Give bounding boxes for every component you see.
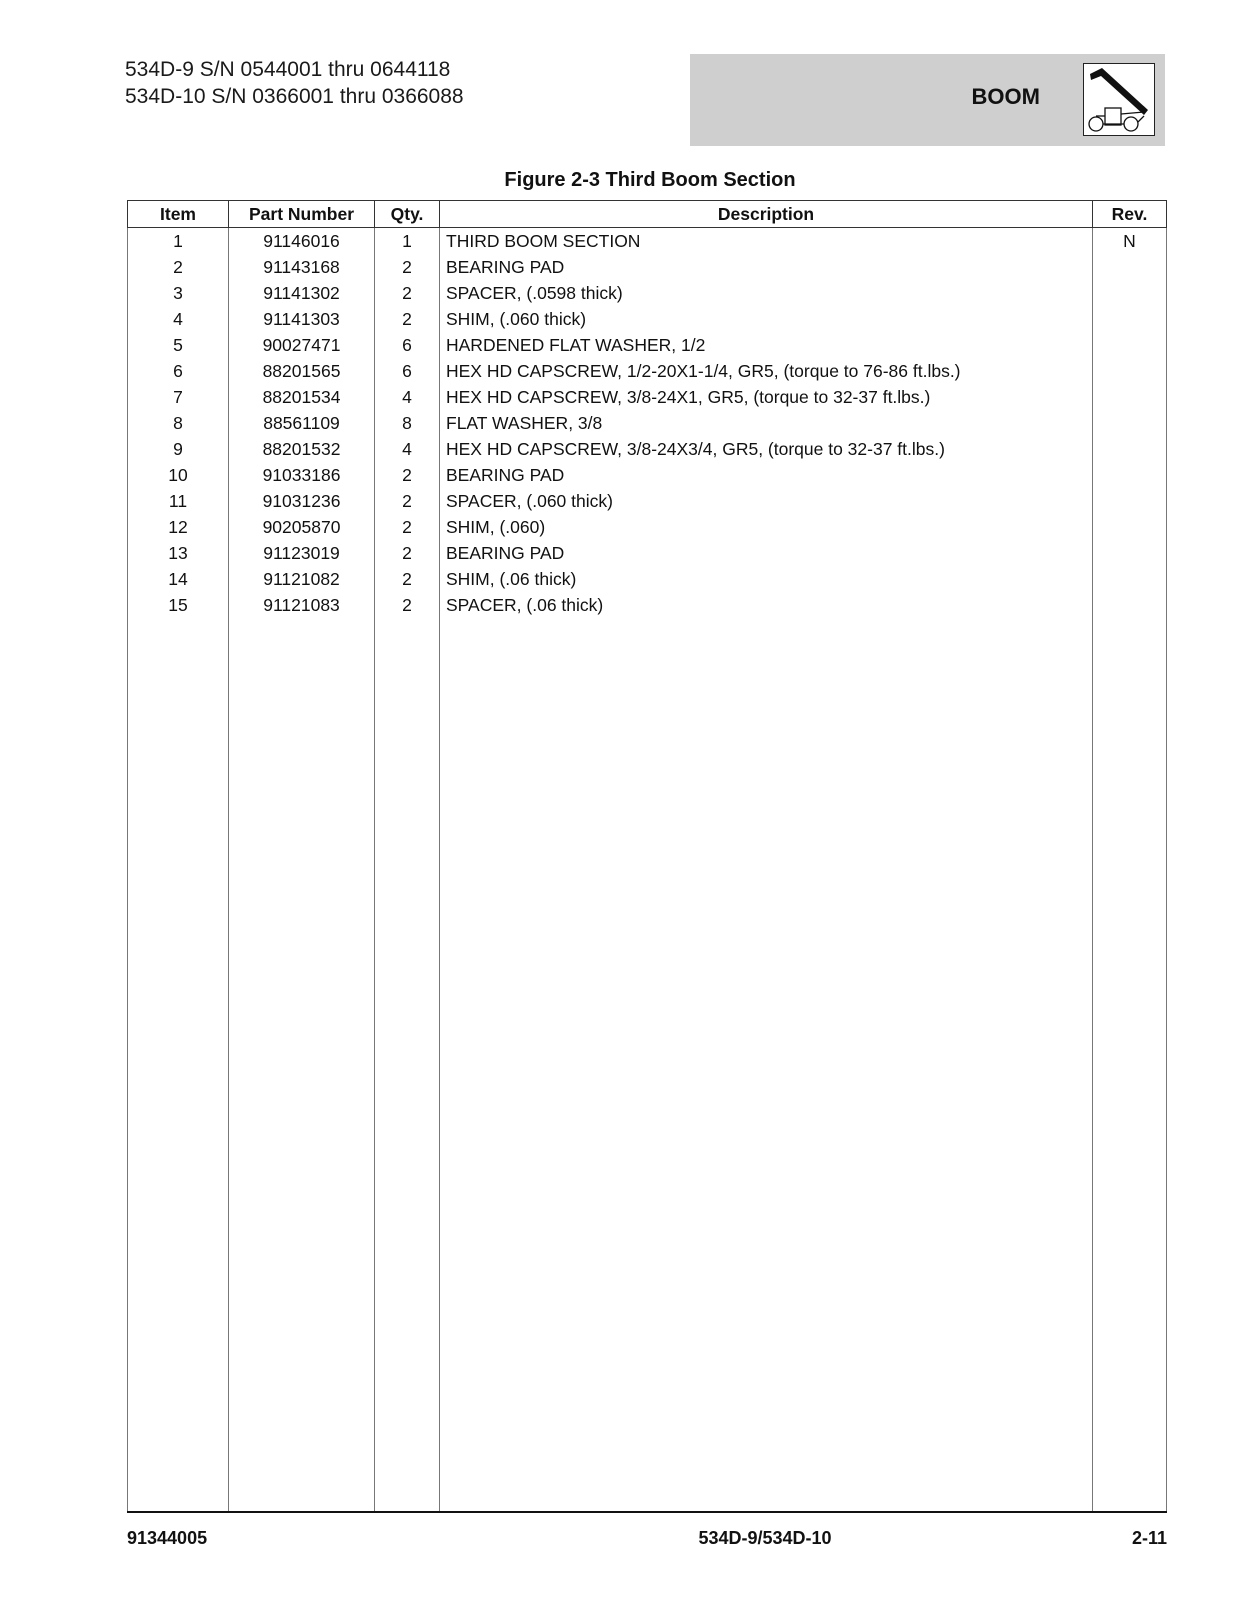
part-number-cell: 88201565 bbox=[229, 358, 375, 384]
item-cell: 15 bbox=[128, 592, 229, 618]
description-cell: SPACER, (.06 thick) bbox=[440, 592, 1093, 618]
column-header-item: Item bbox=[128, 201, 229, 228]
footer-model: 534D-9/534D-10 bbox=[0, 1528, 1237, 1549]
qty-cell: 2 bbox=[375, 280, 440, 306]
qty-cell: 6 bbox=[375, 332, 440, 358]
description-cell: SPACER, (.060 thick) bbox=[440, 488, 1093, 514]
rev-cell bbox=[1093, 436, 1167, 462]
qty-cell: 4 bbox=[375, 384, 440, 410]
item-cell: 11 bbox=[128, 488, 229, 514]
description-cell: HEX HD CAPSCREW, 1/2-20X1-1/4, GR5, (tor… bbox=[440, 358, 1093, 384]
qty-cell: 2 bbox=[375, 514, 440, 540]
rev-cell bbox=[1093, 254, 1167, 280]
table-row: 15911210832SPACER, (.06 thick) bbox=[128, 592, 1167, 618]
serial-number-range: 534D-9 S/N 0544001 thru 0644118 534D-10 … bbox=[125, 56, 464, 110]
table-row: 14911210822SHIM, (.06 thick) bbox=[128, 566, 1167, 592]
qty-cell: 2 bbox=[375, 592, 440, 618]
rev-cell bbox=[1093, 332, 1167, 358]
part-number-cell: 91146016 bbox=[229, 228, 375, 255]
part-number-cell: 90027471 bbox=[229, 332, 375, 358]
item-cell: 3 bbox=[128, 280, 229, 306]
description-cell: SHIM, (.06 thick) bbox=[440, 566, 1093, 592]
description-cell: SHIM, (.060 thick) bbox=[440, 306, 1093, 332]
table-row: 3911413022SPACER, (.0598 thick) bbox=[128, 280, 1167, 306]
item-cell: 1 bbox=[128, 228, 229, 255]
column-header-rev: Rev. bbox=[1093, 201, 1167, 228]
telehandler-boom-icon bbox=[1083, 63, 1155, 136]
qty-cell: 2 bbox=[375, 254, 440, 280]
column-header-description: Description bbox=[440, 201, 1093, 228]
part-number-cell: 88561109 bbox=[229, 410, 375, 436]
item-cell: 10 bbox=[128, 462, 229, 488]
table-row: 12902058702SHIM, (.060) bbox=[128, 514, 1167, 540]
description-cell: HARDENED FLAT WASHER, 1/2 bbox=[440, 332, 1093, 358]
figure-title: Figure 2-3 Third Boom Section bbox=[0, 169, 1237, 192]
item-cell: 9 bbox=[128, 436, 229, 462]
table-header-row: Item Part Number Qty. Description Rev. bbox=[128, 201, 1167, 228]
rev-cell bbox=[1093, 306, 1167, 332]
qty-cell: 8 bbox=[375, 410, 440, 436]
qty-cell: 6 bbox=[375, 358, 440, 384]
table-row: 13911230192BEARING PAD bbox=[128, 540, 1167, 566]
part-number-cell: 88201532 bbox=[229, 436, 375, 462]
qty-cell: 2 bbox=[375, 488, 440, 514]
rev-cell bbox=[1093, 358, 1167, 384]
part-number-cell: 91143168 bbox=[229, 254, 375, 280]
table-row: 5900274716HARDENED FLAT WASHER, 1/2 bbox=[128, 332, 1167, 358]
empty-cell bbox=[1093, 618, 1167, 1512]
table-row: 11910312362SPACER, (.060 thick) bbox=[128, 488, 1167, 514]
qty-cell: 4 bbox=[375, 436, 440, 462]
part-number-cell: 91123019 bbox=[229, 540, 375, 566]
rev-cell bbox=[1093, 540, 1167, 566]
qty-cell: 2 bbox=[375, 566, 440, 592]
description-cell: FLAT WASHER, 3/8 bbox=[440, 410, 1093, 436]
part-number-cell: 91121082 bbox=[229, 566, 375, 592]
item-cell: 7 bbox=[128, 384, 229, 410]
item-cell: 2 bbox=[128, 254, 229, 280]
qty-cell: 2 bbox=[375, 462, 440, 488]
table-row: 4911413032SHIM, (.060 thick) bbox=[128, 306, 1167, 332]
item-cell: 4 bbox=[128, 306, 229, 332]
part-number-cell: 88201534 bbox=[229, 384, 375, 410]
rev-cell bbox=[1093, 410, 1167, 436]
item-cell: 13 bbox=[128, 540, 229, 566]
empty-cell bbox=[375, 618, 440, 1512]
item-cell: 5 bbox=[128, 332, 229, 358]
parts-table-body: 1911460161THIRD BOOM SECTIONN2911431682B… bbox=[128, 228, 1167, 1513]
part-number-cell: 90205870 bbox=[229, 514, 375, 540]
qty-cell: 2 bbox=[375, 540, 440, 566]
serial-line-534d-10: 534D-10 S/N 0366001 thru 0366088 bbox=[125, 83, 464, 110]
section-title: BOOM bbox=[972, 84, 1040, 110]
table-row: 9882015324HEX HD CAPSCREW, 3/8-24X3/4, G… bbox=[128, 436, 1167, 462]
parts-table: Item Part Number Qty. Description Rev. 1… bbox=[127, 200, 1167, 1513]
rev-cell bbox=[1093, 462, 1167, 488]
description-cell: BEARING PAD bbox=[440, 462, 1093, 488]
item-cell: 14 bbox=[128, 566, 229, 592]
column-header-part-number: Part Number bbox=[229, 201, 375, 228]
table-row: 6882015656HEX HD CAPSCREW, 1/2-20X1-1/4,… bbox=[128, 358, 1167, 384]
serial-line-534d-9: 534D-9 S/N 0544001 thru 0644118 bbox=[125, 56, 464, 83]
qty-cell: 1 bbox=[375, 228, 440, 255]
table-filler-row bbox=[128, 618, 1167, 1512]
table-row: 1911460161THIRD BOOM SECTIONN bbox=[128, 228, 1167, 255]
empty-cell bbox=[128, 618, 229, 1512]
rev-cell bbox=[1093, 592, 1167, 618]
part-number-cell: 91141302 bbox=[229, 280, 375, 306]
qty-cell: 2 bbox=[375, 306, 440, 332]
part-number-cell: 91031236 bbox=[229, 488, 375, 514]
rev-cell bbox=[1093, 280, 1167, 306]
description-cell: THIRD BOOM SECTION bbox=[440, 228, 1093, 255]
part-number-cell: 91141303 bbox=[229, 306, 375, 332]
table-row: 7882015344HEX HD CAPSCREW, 3/8-24X1, GR5… bbox=[128, 384, 1167, 410]
empty-cell bbox=[440, 618, 1093, 1512]
item-cell: 8 bbox=[128, 410, 229, 436]
table-row: 10910331862BEARING PAD bbox=[128, 462, 1167, 488]
part-number-cell: 91033186 bbox=[229, 462, 375, 488]
table-row: 8885611098FLAT WASHER, 3/8 bbox=[128, 410, 1167, 436]
description-cell: BEARING PAD bbox=[440, 254, 1093, 280]
description-cell: SPACER, (.0598 thick) bbox=[440, 280, 1093, 306]
description-cell: HEX HD CAPSCREW, 3/8-24X1, GR5, (torque … bbox=[440, 384, 1093, 410]
rev-cell bbox=[1093, 514, 1167, 540]
section-banner: BOOM bbox=[690, 54, 1165, 146]
footer-page-number: 2-11 bbox=[1132, 1528, 1167, 1549]
description-cell: SHIM, (.060) bbox=[440, 514, 1093, 540]
rev-cell bbox=[1093, 566, 1167, 592]
item-cell: 6 bbox=[128, 358, 229, 384]
rev-cell bbox=[1093, 384, 1167, 410]
description-cell: HEX HD CAPSCREW, 3/8-24X3/4, GR5, (torqu… bbox=[440, 436, 1093, 462]
item-cell: 12 bbox=[128, 514, 229, 540]
column-header-qty: Qty. bbox=[375, 201, 440, 228]
part-number-cell: 91121083 bbox=[229, 592, 375, 618]
rev-cell: N bbox=[1093, 228, 1167, 255]
rev-cell bbox=[1093, 488, 1167, 514]
empty-cell bbox=[229, 618, 375, 1512]
table-row: 2911431682BEARING PAD bbox=[128, 254, 1167, 280]
description-cell: BEARING PAD bbox=[440, 540, 1093, 566]
